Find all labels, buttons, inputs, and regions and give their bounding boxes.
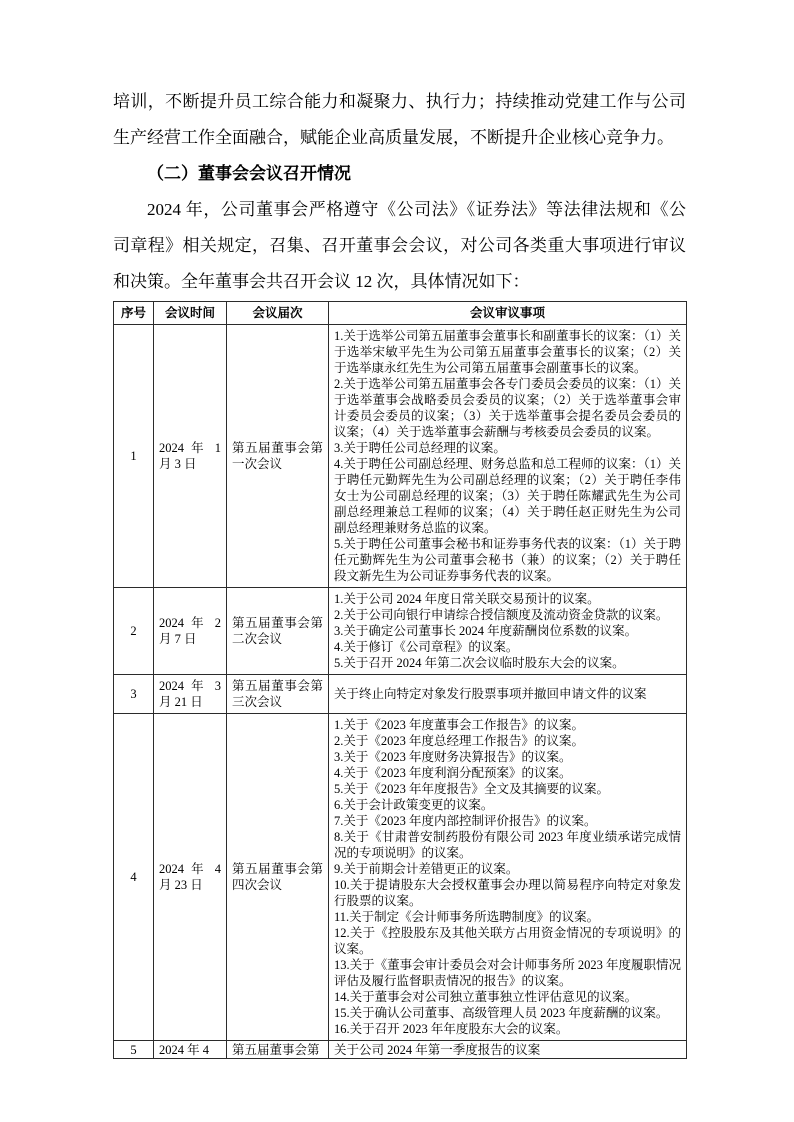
- agenda-item: 3.关于确定公司董事长 2024 年度薪酬岗位系数的议案。: [334, 623, 681, 639]
- agenda-item: 12.关于《控股股东及其他关联方占用资金情况的专项说明》的议案。: [334, 925, 681, 957]
- meetings-table-body: 12024 年 1 月 3 日第五届董事会第一次会议1.关于选举公司第五届董事会…: [114, 325, 687, 1059]
- cell-meeting-time: 2024 年 2 月 7 日: [154, 588, 227, 675]
- header-agenda-items: 会议审议事项: [329, 302, 687, 325]
- cell-meeting-session: 第五届董事会第二次会议: [227, 588, 329, 675]
- agenda-item: 1.关于选举公司第五届董事会董事长和副董事长的议案：（1）关于选举宋敏平先生为公…: [334, 328, 681, 376]
- agenda-item: 11.关于制定《会计师事务所选聘制度》的议案。: [334, 909, 681, 925]
- cell-meeting-time: 2024 年 3 月 21 日: [154, 675, 227, 714]
- agenda-item: 4.关于《2023 年度利润分配预案》的议案。: [334, 765, 681, 781]
- agenda-item: 2.关于选举公司第五届董事会各专门委员会委员的议案：（1）关于选举董事会战略委员…: [334, 376, 681, 440]
- cell-seq-no: 1: [114, 325, 154, 588]
- agenda-item: 3.关于聘任公司总经理的议案。: [334, 440, 681, 456]
- agenda-item: 4.关于聘任公司副总经理、财务总监和总工程师的议案：（1）关于聘任元勤辉先生为公…: [334, 456, 681, 536]
- agenda-item: 5.关于《2023 年年度报告》全文及其摘要的议案。: [334, 781, 681, 797]
- agenda-item: 10.关于提请股东大会授权董事会办理以简易程序向特定对象发行股票的议案。: [334, 877, 681, 909]
- section-heading: （二）董事会会议召开情况: [113, 156, 686, 192]
- agenda-item: 3.关于《2023 年度财务决算报告》的议案。: [334, 749, 681, 765]
- table-row: 52024 年 4第五届董事会第关于公司 2024 年第一季度报告的议案: [114, 1041, 687, 1059]
- agenda-item: 5.关于聘任公司董事会秘书和证券事务代表的议案：（1）关于聘任元勤辉先生为公司董…: [334, 536, 681, 584]
- document-page: 培训，不断提升员工综合能力和凝聚力、执行力；持续推动党建工作与公司生产经营工作全…: [0, 0, 794, 1122]
- cell-meeting-session: 第五届董事会第一次会议: [227, 325, 329, 588]
- agenda-item: 6.关于会计政策变更的议案。: [334, 797, 681, 813]
- table-row: 22024 年 2 月 7 日第五届董事会第二次会议1.关于公司 2024 年度…: [114, 588, 687, 675]
- paragraph-continuation: 培训，不断提升员工综合能力和凝聚力、执行力；持续推动党建工作与公司生产经营工作全…: [113, 84, 686, 156]
- agenda-item: 7.关于《2023 年度内部控制评价报告》的议案。: [334, 813, 681, 829]
- agenda-item: 8.关于《甘肃普安制药股份有限公司 2023 年度业绩承诺完成情况的专项说明》的…: [334, 829, 681, 861]
- cell-meeting-time: 2024 年 4 月 23 日: [154, 714, 227, 1041]
- agenda-item: 2.关于公司向银行申请综合授信额度及流动资金贷款的议案。: [334, 607, 681, 623]
- cell-meeting-session: 第五届董事会第: [227, 1041, 329, 1059]
- cell-seq-no: 4: [114, 714, 154, 1041]
- cell-meeting-time: 2024 年 4: [154, 1041, 227, 1059]
- cell-meeting-session: 第五届董事会第四次会议: [227, 714, 329, 1041]
- table-row: 12024 年 1 月 3 日第五届董事会第一次会议1.关于选举公司第五届董事会…: [114, 325, 687, 588]
- agenda-item: 1.关于公司 2024 年度日常关联交易预计的议案。: [334, 591, 681, 607]
- cell-agenda-items: 1.关于选举公司第五届董事会董事长和副董事长的议案：（1）关于选举宋敏平先生为公…: [329, 325, 687, 588]
- cell-agenda-items: 关于终止向特定对象发行股票事项并撤回申请文件的议案: [329, 675, 687, 714]
- cell-seq-no: 2: [114, 588, 154, 675]
- header-seq-no: 序号: [114, 302, 154, 325]
- agenda-item: 14.关于董事会对公司独立董事独立性评估意见的议案。: [334, 989, 681, 1005]
- header-meeting-time: 会议时间: [154, 302, 227, 325]
- agenda-item: 15.关于确认公司董事、高级管理人员 2023 年度薪酬的议案。: [334, 1005, 681, 1021]
- agenda-item: 2.关于《2023 年度总经理工作报告》的议案。: [334, 733, 681, 749]
- paragraph-intro: 2024 年，公司董事会严格遵守《公司法》《证券法》等法律法规和《公司章程》相关…: [113, 192, 686, 300]
- agenda-item: 4.关于修订《公司章程》的议案。: [334, 639, 681, 655]
- agenda-item: 16.关于召开 2023 年年度股东大会的议案。: [334, 1021, 681, 1037]
- board-meetings-table: 序号 会议时间 会议届次 会议审议事项 12024 年 1 月 3 日第五届董事…: [113, 301, 687, 1059]
- agenda-item: 13.关于《董事会审计委员会对会计师事务所 2023 年度履职情况评估及履行监督…: [334, 957, 681, 989]
- table-row: 32024 年 3 月 21 日第五届董事会第三次会议关于终止向特定对象发行股票…: [114, 675, 687, 714]
- header-meeting-session: 会议届次: [227, 302, 329, 325]
- agenda-item: 1.关于《2023 年度董事会工作报告》的议案。: [334, 717, 681, 733]
- cell-meeting-time: 2024 年 1 月 3 日: [154, 325, 227, 588]
- agenda-item: 关于终止向特定对象发行股票事项并撤回申请文件的议案: [334, 686, 681, 702]
- cell-seq-no: 5: [114, 1041, 154, 1059]
- agenda-item: 关于公司 2024 年第一季度报告的议案: [334, 1042, 681, 1058]
- agenda-item: 5.关于召开 2024 年第二次会议临时股东大会的议案。: [334, 655, 681, 671]
- agenda-item: 9.关于前期会计差错更正的议案。: [334, 861, 681, 877]
- cell-agenda-items: 1.关于公司 2024 年度日常关联交易预计的议案。2.关于公司向银行申请综合授…: [329, 588, 687, 675]
- table-header-row: 序号 会议时间 会议届次 会议审议事项: [114, 302, 687, 325]
- cell-meeting-session: 第五届董事会第三次会议: [227, 675, 329, 714]
- table-row: 42024 年 4 月 23 日第五届董事会第四次会议1.关于《2023 年度董…: [114, 714, 687, 1041]
- cell-agenda-items: 1.关于《2023 年度董事会工作报告》的议案。2.关于《2023 年度总经理工…: [329, 714, 687, 1041]
- cell-seq-no: 3: [114, 675, 154, 714]
- cell-agenda-items: 关于公司 2024 年第一季度报告的议案: [329, 1041, 687, 1059]
